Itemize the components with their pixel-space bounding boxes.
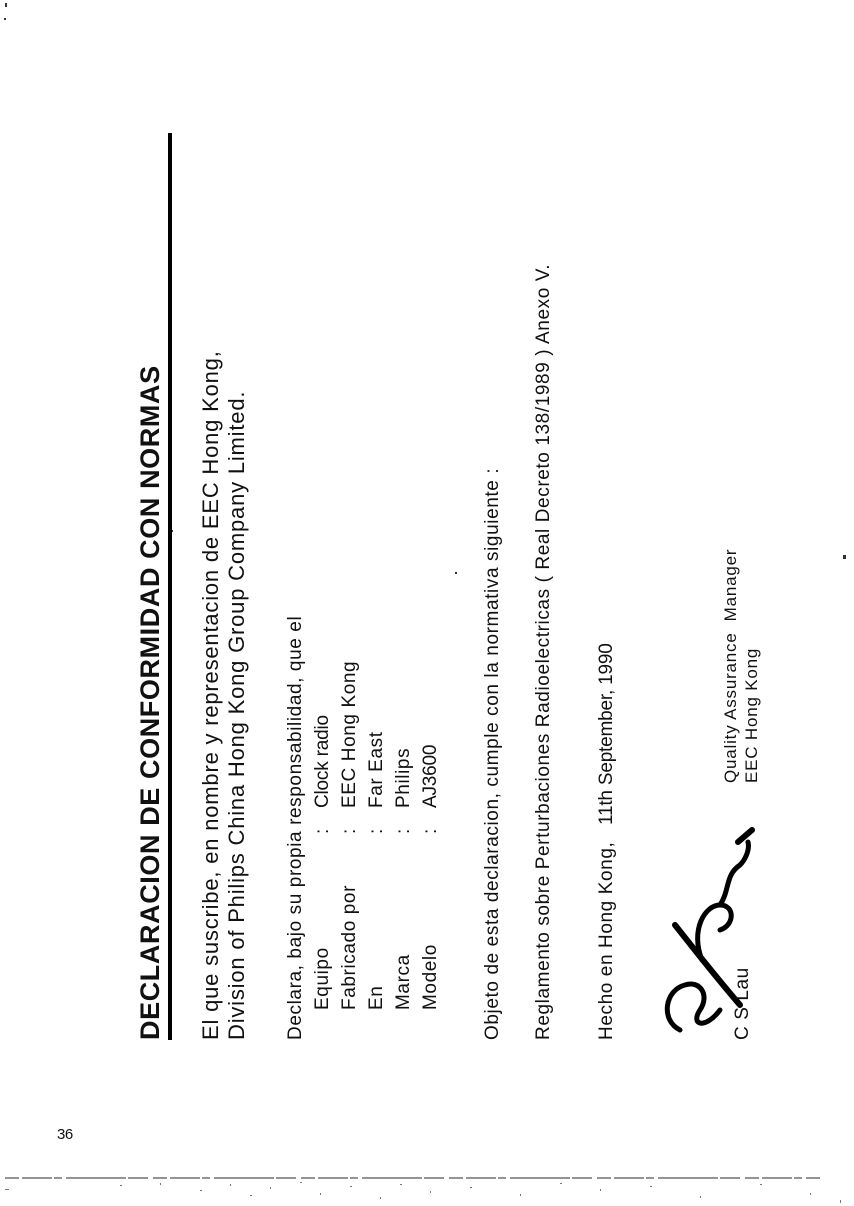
- field-separator: :: [421, 828, 440, 834]
- page-title: DECLARACION DE CONFORMIDAD CON NORMAS: [137, 365, 164, 1040]
- intro-line-2: Division of Philips China Hong Kong Grou…: [226, 391, 248, 1040]
- field-label-modelo: Modelo: [421, 944, 440, 1010]
- field-separator: :: [313, 828, 332, 834]
- signatory-organization: EEC Hong Kong: [743, 648, 760, 783]
- field-value-marca: Philips: [394, 748, 413, 808]
- scan-speck: [4, 18, 6, 20]
- scan-speck: [172, 530, 173, 532]
- place-text: Hecho en Hong Kong,: [597, 842, 616, 1040]
- scan-speck: [843, 555, 846, 559]
- signatory-name: C S Lau: [733, 967, 752, 1040]
- scan-speck: [455, 572, 457, 574]
- field-label-en: En: [367, 986, 386, 1010]
- intro-line-1: El que suscribe, en nombre y representac…: [200, 350, 222, 1040]
- field-value-en: Far East: [367, 731, 386, 808]
- date-text: 11th September, 1990: [597, 643, 616, 825]
- signatory-position: Quality Assurance Manager: [722, 549, 739, 783]
- field-value-equipo: Clock radio: [313, 715, 332, 808]
- page-number: 36: [57, 1126, 73, 1143]
- field-value-fabricado: EEC Hong Kong: [340, 661, 359, 808]
- field-separator: :: [367, 828, 386, 834]
- field-value-modelo: AJ3600: [421, 745, 440, 808]
- field-separator: :: [394, 828, 413, 834]
- field-label-marca: Marca: [394, 954, 413, 1010]
- regulation-text: Reglamento sobre Perturbaciones Radioele…: [534, 264, 553, 1040]
- scan-speck: [5, 3, 7, 7]
- declaration-intro: Declara, bajo su propia responsabilidad,…: [286, 616, 305, 1040]
- field-label-equipo: Equipo: [313, 947, 332, 1010]
- objective-text: Objeto de esta declaracion, cumple con l…: [483, 468, 502, 1040]
- field-label-fabricado: Fabricado por: [340, 885, 359, 1010]
- field-separator: :: [340, 828, 359, 834]
- title-rule: [168, 133, 172, 1040]
- scan-edge-noise: [0, 1175, 854, 1206]
